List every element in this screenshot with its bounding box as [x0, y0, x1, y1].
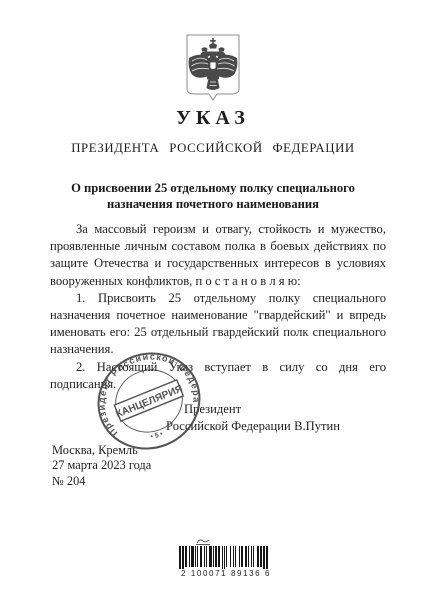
document-number: № 204: [52, 474, 151, 489]
document-type-heading: УКАЗ: [0, 107, 426, 130]
issue-date: 27 марта 2023 года: [52, 458, 151, 473]
paragraph-preamble: За массовый героизм и отвагу, стойкость …: [50, 221, 386, 290]
barcode-block: 2 100071 89136 6: [179, 536, 269, 578]
signatory-name: В.Путин: [294, 418, 340, 435]
document-issuer-heading: ПРЕЗИДЕНТА РОССИЙСКОЙ ФЕДЕРАЦИИ: [0, 141, 426, 156]
chancellery-stamp: Президент Российской Федерации • 5 • КАН…: [93, 350, 205, 452]
document-title: О присвоении 25 отдельному полку специал…: [48, 181, 378, 212]
barcode-bars: [179, 546, 269, 569]
registration-mark-icon: [187, 536, 277, 546]
coat-of-arms-icon: [184, 33, 242, 106]
barcode-digits: 2 100071 89136 6: [179, 569, 269, 578]
paragraph-item-1: 1. Присвоить 25 отдельному полку специал…: [50, 290, 386, 359]
decree-page: УКАЗ ПРЕЗИДЕНТА РОССИЙСКОЙ ФЕДЕРАЦИИ О п…: [0, 0, 426, 604]
